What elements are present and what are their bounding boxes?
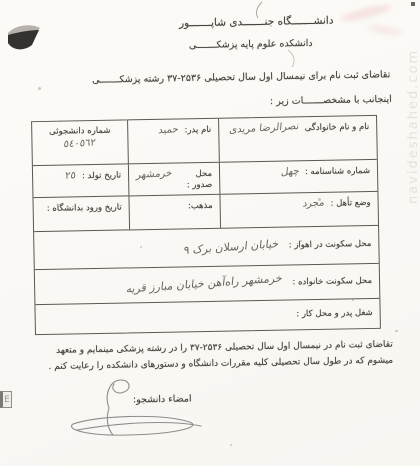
intro-line-1: تقاضای ثبت نام برای نیمسال اول سال تحصیل… <box>92 69 391 85</box>
field-label: مذهب: <box>188 201 213 212</box>
scan-edge-artifact: E <box>0 391 12 408</box>
field-ahvaz-residence: محل سکونت در اهواز : خیابان ارسلان برک ۹ <box>34 226 379 269</box>
scan-speck <box>38 87 41 90</box>
faculty-name: دانشکده علوم پایه پزشکـــــــی <box>189 38 313 51</box>
handwritten-value: نصرالرضا مریدی <box>229 122 300 136</box>
handwritten-value: ٥٤٠٥٦٢ <box>63 138 96 150</box>
field-label: وضع تأهل : <box>331 198 371 210</box>
scan-speck <box>411 2 415 6</box>
handwritten-value: ٢٥ <box>65 171 77 182</box>
field-father-job: شغل پدر و محل کار : <box>35 299 379 334</box>
intro-line-2: اینجانب با مشخصـــــــات زیر : <box>270 94 392 107</box>
table-row: محل سکونت در اهواز : خیابان ارسلان برک ۹ <box>34 226 379 270</box>
scan-speck <box>395 330 398 332</box>
field-label: تاریخ ورود بدانشگاه : <box>47 203 122 215</box>
declaration-paragraph: تقاضای ثبت نام در نیمسال اول سال تحصیلی … <box>27 338 394 376</box>
field-label: محل صدور : <box>178 169 212 192</box>
table-row: نام و نام خانوادگی نصرالرضا مریدی نام پد… <box>32 116 377 166</box>
field-label: محل سکونت خانواده : <box>292 275 372 287</box>
scan-speck <box>300 240 302 242</box>
field-label: تاریخ تولد : <box>82 171 121 183</box>
watermark-text: navideshahed.com <box>406 34 420 204</box>
pen-arc-artifact <box>248 0 318 70</box>
field-label: شغل پدر و محل کار : <box>296 308 372 320</box>
scan-speck <box>140 246 142 248</box>
form-table: نام و نام خانوادگی نصرالرضا مریدی نام پد… <box>31 115 381 335</box>
scan-speck <box>60 120 62 122</box>
handwritten-value: چهل <box>280 167 299 178</box>
scanned-registration-form: navideshahed.com دانشـــــــگاه جنــــــ… <box>0 0 420 466</box>
field-religion: مذهب: <box>128 195 220 230</box>
handwritten-value: خیابان ارسلان برک ۹ <box>183 239 279 256</box>
field-label: شماره دانشجوئی <box>49 126 111 138</box>
handwritten-signature <box>60 374 212 442</box>
ink-blob <box>5 21 45 57</box>
field-id-number: شماره شناسنامه : چهل <box>219 160 378 194</box>
field-father-name: نام پدر: حمید <box>127 119 219 164</box>
scan-speck <box>352 299 354 301</box>
field-marital-status: وضع تأهل : مجرد <box>219 192 378 228</box>
handwritten-value: خرمشهر راه‌آهن خیابان مبارز قریه <box>126 273 283 294</box>
field-label: شماره شناسنامه : <box>305 166 370 178</box>
pink-smudge <box>340 2 393 24</box>
field-birth-date: تاریخ تولد : ٢٥ <box>33 164 129 197</box>
table-row: شغل پدر و محل کار : <box>35 299 379 334</box>
field-label: نام پدر: <box>184 125 211 136</box>
field-full-name: نام و نام خانوادگی نصرالرضا مریدی <box>218 116 377 162</box>
field-student-number: شماره دانشجوئی ٥٤٠٥٦٢ <box>32 120 128 165</box>
pink-smudge <box>368 23 403 37</box>
field-family-residence: محل سکونت خانواده : خرمشهر راه‌آهن خیابا… <box>35 264 380 304</box>
handwritten-value: خرمشهر <box>136 169 173 181</box>
scan-speck <box>318 198 321 201</box>
field-issue-place: محل صدور : خرمشهر <box>128 163 220 196</box>
handwritten-value: حمید <box>158 125 179 136</box>
scan-speck <box>230 444 232 446</box>
handwritten-value: مجرد <box>302 198 325 209</box>
field-entry-date: تاریخ ورود بدانشگاه : <box>33 196 129 231</box>
field-label: نام و نام خانوادگی <box>305 122 370 134</box>
